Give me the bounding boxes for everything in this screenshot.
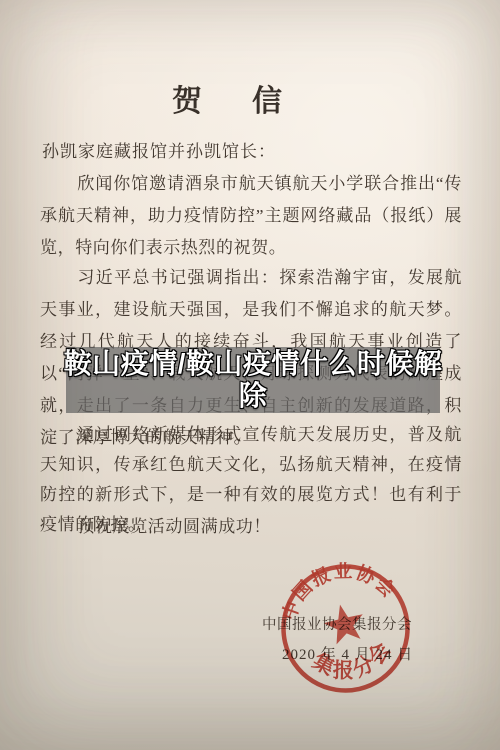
letter-greeting: 孙凯家庭藏报馆并孙凯馆长：	[42, 137, 276, 162]
letter-paragraph-1: 欣闻你馆邀请酒泉市航天镇航天小学联合推出“传承航天精神，助力疫情防控”主题网络藏…	[40, 168, 462, 264]
letter-paragraph-4: 预祝展览活动圆满成功！	[40, 512, 462, 542]
letter-photo: 贺 信 孙凯家庭藏报馆并孙凯馆长： 欣闻你馆邀请酒泉市航天镇航天小学联合推出“传…	[0, 0, 500, 750]
letter-title: 贺 信	[40, 76, 416, 120]
title-char-xin: 信	[252, 76, 284, 120]
watermark-text-line-1: 鞍山疫情/鞍山疫情什么时候解	[64, 348, 443, 380]
watermark-banner: 鞍山疫情/鞍山疫情什么时候解 除	[66, 347, 440, 413]
watermark-text-line-2: 除	[239, 380, 268, 412]
official-seal: 中国报业协会 集报分会	[275, 558, 416, 699]
star-icon	[321, 600, 369, 646]
title-char-he: 贺	[172, 76, 204, 120]
